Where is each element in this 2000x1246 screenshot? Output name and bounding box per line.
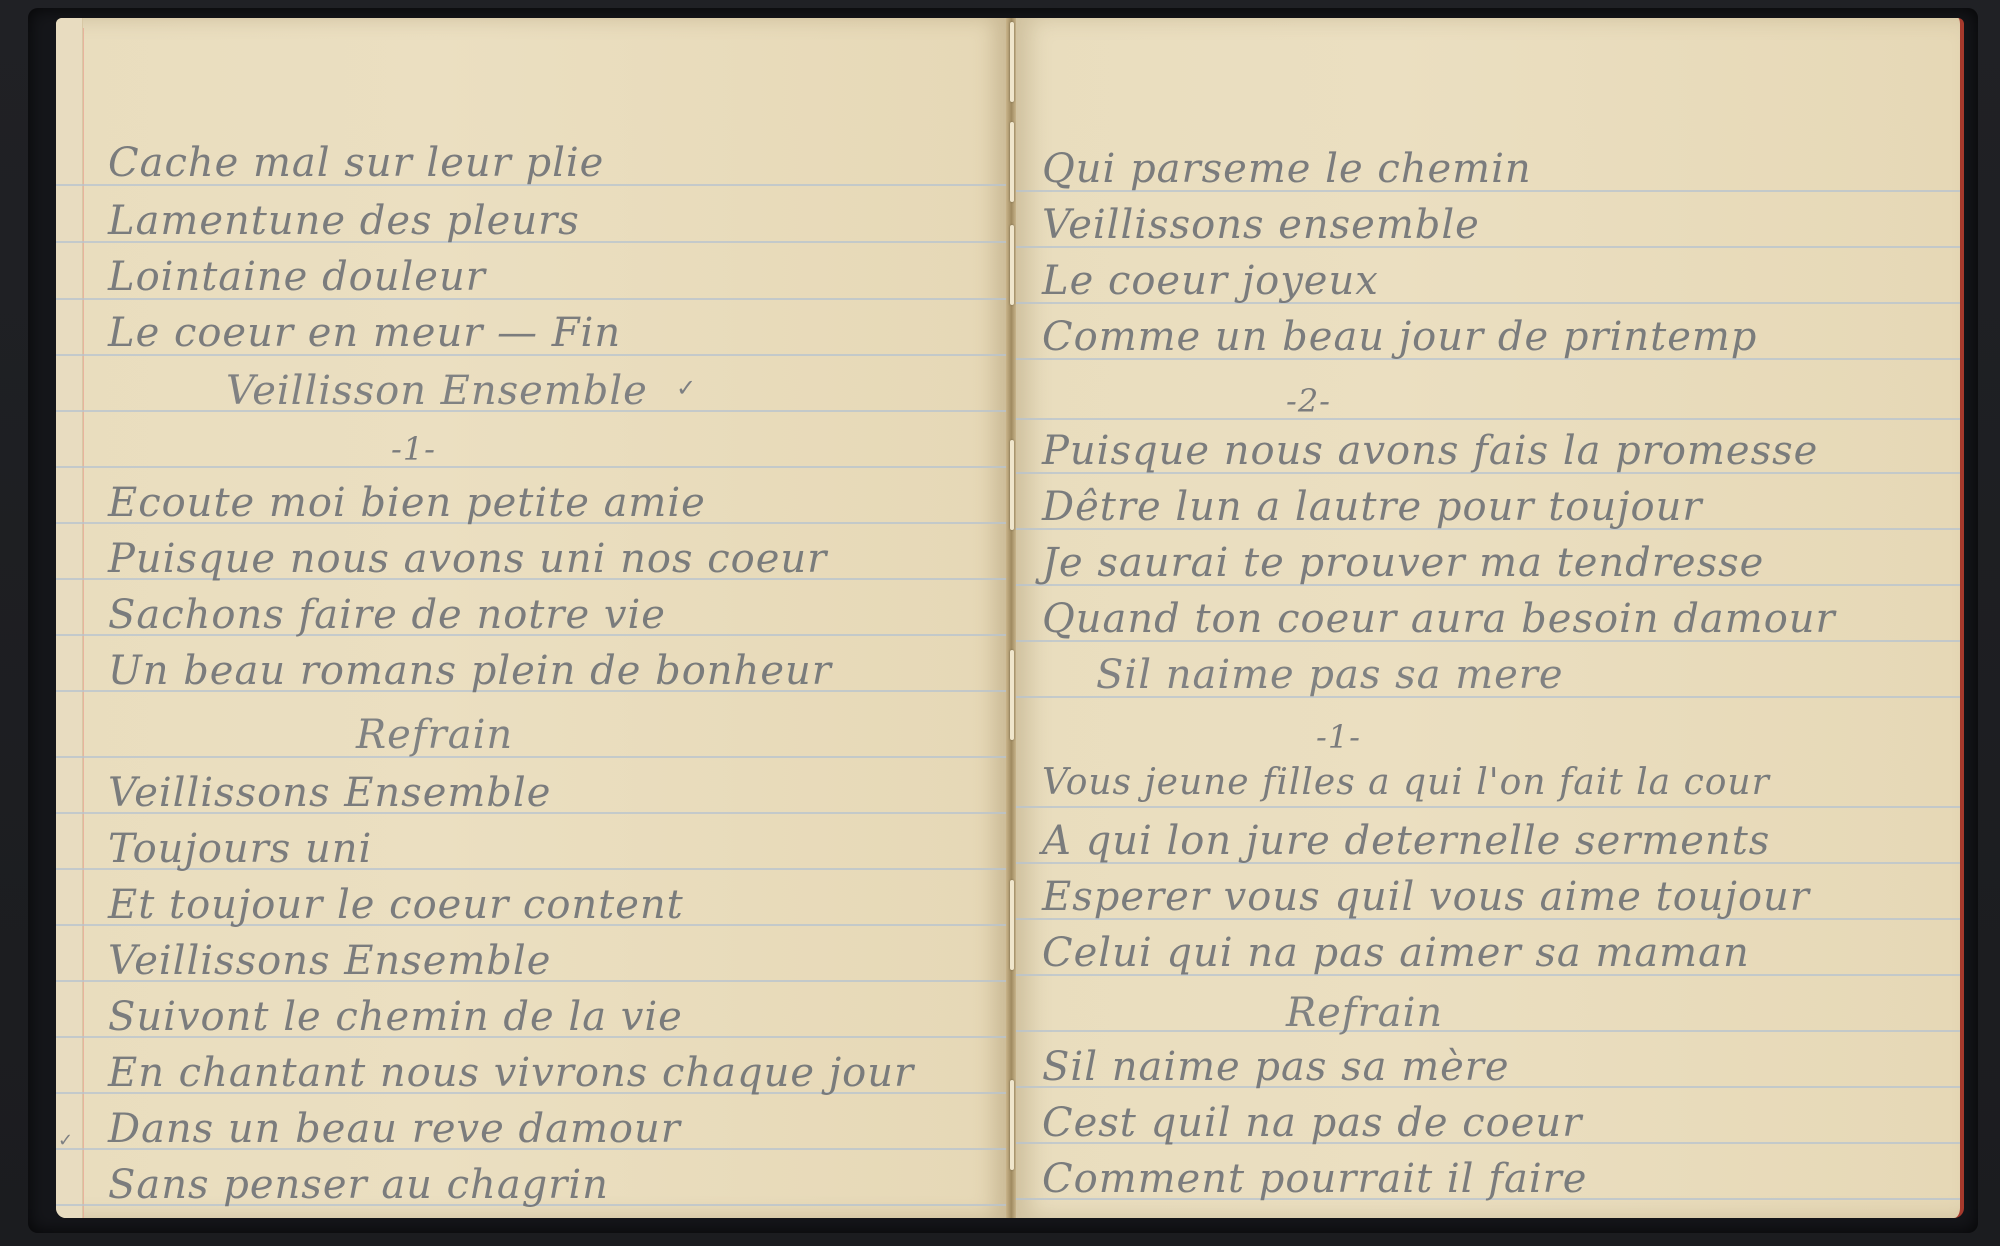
right-page: Qui parseme le chemin Veillissons ensemb… bbox=[1016, 18, 1964, 1218]
checkmark-icon: ✓ bbox=[676, 374, 696, 402]
handwritten-line: Un beau romans plein de bonheur bbox=[108, 648, 832, 694]
handwritten-line: Comment pourrait il faire bbox=[1042, 1156, 1587, 1202]
margin-checkmark-icon: ✓ bbox=[58, 1130, 73, 1151]
verse-number: -1- bbox=[1316, 718, 1361, 756]
handwritten-line: Puisque nous avons fais la promesse bbox=[1042, 428, 1818, 474]
handwritten-line: Veillissons Ensemble bbox=[108, 938, 551, 984]
ruled-line bbox=[1016, 1030, 1960, 1032]
binding-stitch bbox=[1010, 1080, 1014, 1170]
handwritten-line: Je saurai te prouver ma tendresse bbox=[1042, 540, 1764, 586]
handwritten-line: Quand ton coeur aura besoin damour bbox=[1042, 596, 1836, 642]
verse-number: -1- bbox=[391, 430, 436, 468]
handwritten-line: Veillissons ensemble bbox=[1042, 202, 1480, 248]
handwritten-line: Le coeur en meur — Fin bbox=[108, 310, 621, 356]
ruled-line bbox=[1016, 806, 1960, 808]
handwritten-line: Lointaine douleur bbox=[108, 254, 486, 300]
ruled-line bbox=[1016, 418, 1960, 420]
song-title: Veillisson Ensemble bbox=[226, 368, 648, 414]
binding-stitch bbox=[1010, 650, 1014, 740]
binding-stitch bbox=[1010, 225, 1014, 305]
binding-stitch bbox=[1010, 440, 1014, 530]
stacked-page-edge bbox=[56, 18, 83, 1218]
refrain-heading: Refrain bbox=[356, 712, 513, 758]
handwritten-line: Comme un beau jour de printemp bbox=[1042, 314, 1757, 360]
handwritten-line: Vous jeune filles a qui l'on fait la cou… bbox=[1042, 762, 1770, 803]
handwritten-line: Sachons faire de notre vie bbox=[108, 592, 666, 638]
handwritten-line: Et toujour le coeur content bbox=[108, 882, 684, 928]
song-title: Sil naime pas sa mere bbox=[1096, 652, 1564, 698]
notebook-photo: Cache mal sur leur plie Lamentune des pl… bbox=[0, 0, 2000, 1246]
binding-stitch bbox=[1010, 122, 1014, 202]
binding-stitch bbox=[1010, 880, 1014, 970]
handwritten-line: Ecoute moi bien petite amie bbox=[108, 480, 706, 526]
handwritten-line: Suivont le chemin de la vie bbox=[108, 994, 683, 1040]
handwritten-line: Toujours uni bbox=[108, 826, 372, 872]
handwritten-line: Cache mal sur leur plie bbox=[108, 140, 604, 186]
handwritten-line: Veillissons Ensemble bbox=[108, 770, 551, 816]
ruled-line bbox=[56, 756, 1006, 758]
ruled-line bbox=[56, 466, 1006, 468]
handwritten-line: En chantant nous vivrons chaque jour bbox=[108, 1050, 914, 1096]
handwritten-line: Celui qui na pas aimer sa maman bbox=[1042, 930, 1750, 976]
handwritten-line: Dans un beau reve damour bbox=[108, 1106, 681, 1152]
handwritten-line: A qui lon jure deternelle serments bbox=[1042, 818, 1770, 864]
left-page: Cache mal sur leur plie Lamentune des pl… bbox=[56, 18, 1006, 1218]
handwritten-line: Qui parseme le chemin bbox=[1042, 146, 1532, 192]
binding-stitch bbox=[1010, 22, 1014, 102]
handwritten-line: Sil naime pas sa mère bbox=[1042, 1044, 1510, 1090]
handwritten-line: Dêtre lun a lautre pour toujour bbox=[1042, 484, 1702, 530]
handwritten-line: Cest quil na pas de coeur bbox=[1042, 1100, 1582, 1146]
handwritten-line: Lamentune des pleurs bbox=[108, 198, 580, 244]
handwritten-line: Le coeur joyeux bbox=[1042, 258, 1379, 304]
handwritten-line: Sans penser au chagrin bbox=[108, 1162, 609, 1208]
refrain-heading: Refrain bbox=[1286, 990, 1443, 1036]
verse-number: -2- bbox=[1286, 382, 1331, 420]
handwritten-line: Esperer vous quil vous aime toujour bbox=[1042, 874, 1810, 920]
handwritten-line: Puisque nous avons uni nos coeur bbox=[108, 536, 827, 582]
